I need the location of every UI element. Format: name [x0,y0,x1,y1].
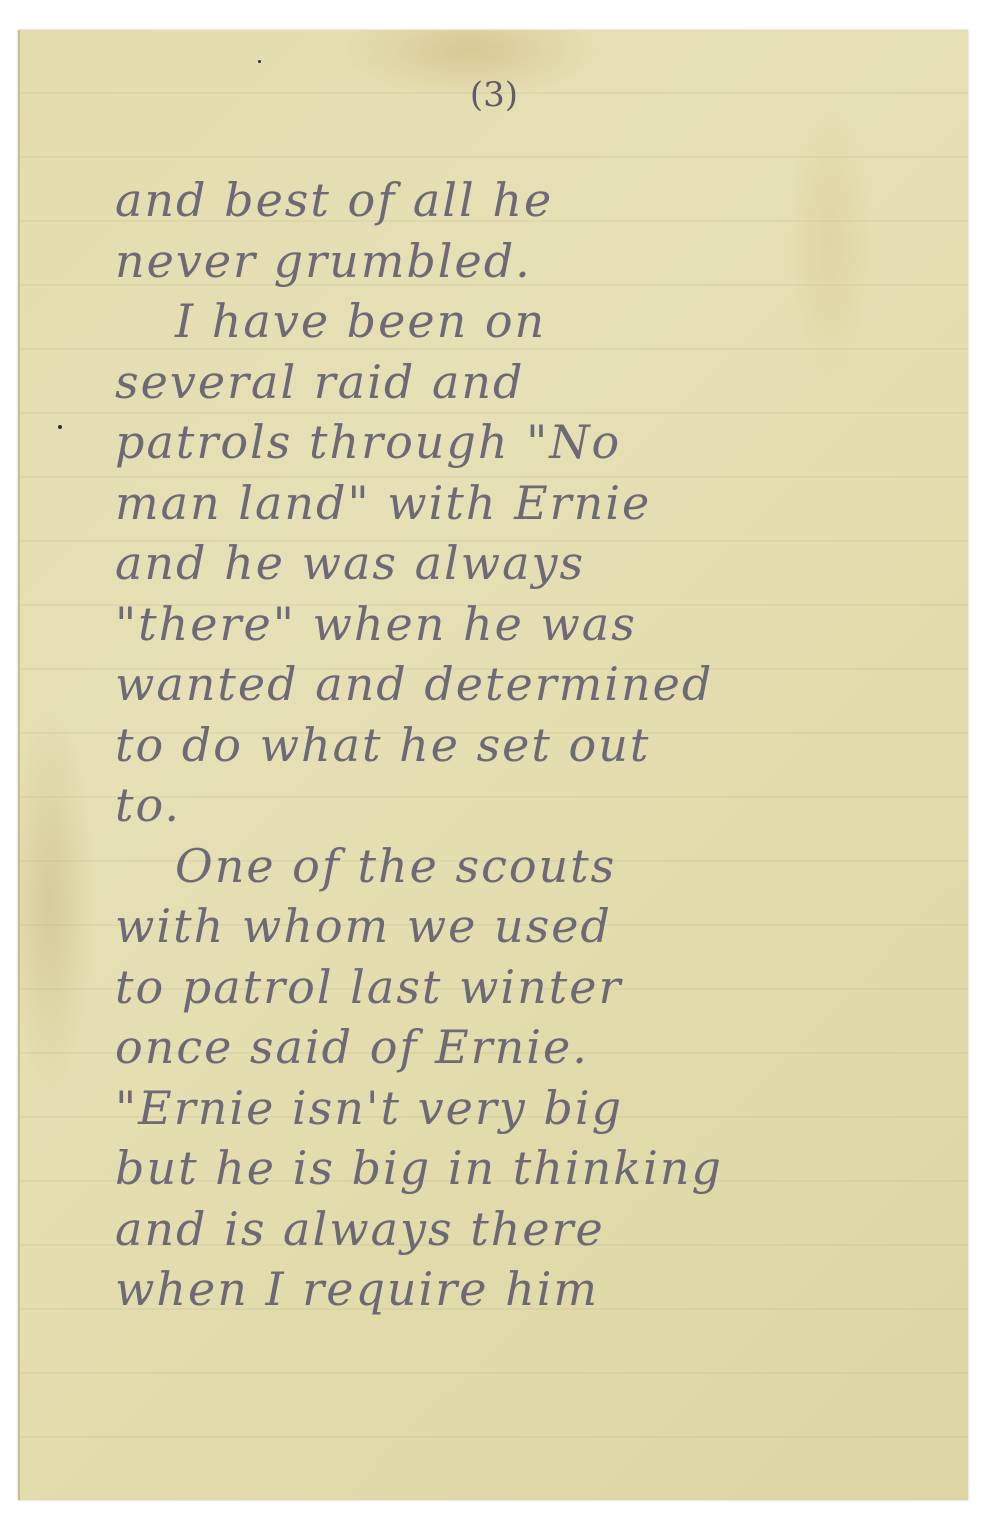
page-number: (3) [20,75,968,115]
text-line: to patrol last winter [115,957,955,1018]
ink-speck [258,60,261,63]
text-line: and is always there [115,1199,955,1260]
text-line: several raid and [115,352,955,413]
text-line: "Ernie isn't very big [115,1078,955,1139]
text-line: but he is big in thinking [115,1138,955,1199]
text-line: man land" with Ernie [115,473,955,534]
text-line: One of the scouts [115,836,955,897]
text-line: and he was always [115,533,955,594]
text-line: "there" when he was [115,594,955,655]
text-line: once said of Ernie. [115,1017,955,1078]
text-line: never grumbled. [115,231,955,292]
text-line: and best of all he [115,170,955,231]
handwritten-text: and best of all he never grumbled. I hav… [115,170,955,1320]
text-line: I have been on [115,291,955,352]
ink-speck [58,425,62,429]
text-line: to do what he set out [115,715,955,776]
text-line: wanted and determined [115,654,955,715]
letter-page: (3) and best of all he never grumbled. I… [18,30,968,1500]
text-line: patrols through "No [115,412,955,473]
text-line: to. [115,775,955,836]
text-line: with whom we used [115,896,955,957]
text-line: when I require him [115,1259,955,1320]
